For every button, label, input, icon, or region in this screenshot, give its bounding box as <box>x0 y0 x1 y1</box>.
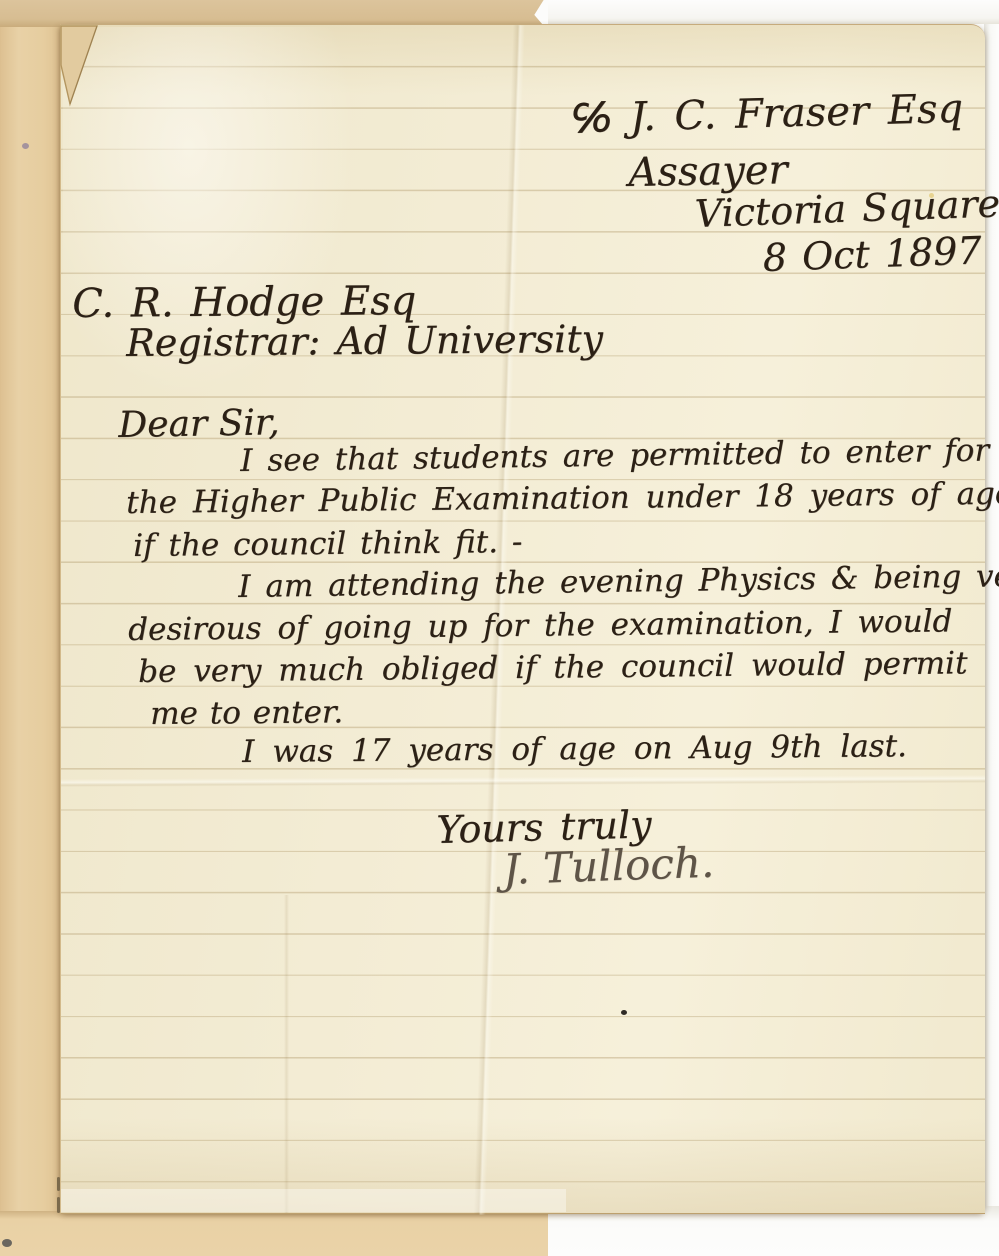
edge-ink-mark <box>57 1177 60 1191</box>
ink-spot <box>621 1010 627 1015</box>
paper-speck <box>929 193 934 198</box>
body-line: me to enter. <box>150 694 343 732</box>
body-line: I was 17 years of age on Aug 9th last. <box>242 728 907 770</box>
edge-ink-mark <box>57 1197 60 1213</box>
recipient-title-line: Registrar: Ad University <box>126 317 603 365</box>
vertical-fold-crease-lower <box>284 895 289 1213</box>
backing-paper-top-edge <box>0 0 548 27</box>
torn-corner-shape <box>61 26 97 104</box>
scanner-background-top-right <box>548 0 999 24</box>
bottom-light-band <box>61 1189 566 1212</box>
paper-speck <box>22 143 29 149</box>
salutation: Dear Sir, <box>118 402 280 446</box>
paper-speck <box>2 1239 12 1247</box>
backing-paper-bottom-edge <box>0 1211 548 1256</box>
torn-corner <box>60 25 102 107</box>
body-line: if the council think fit. - <box>133 524 522 564</box>
signature: J. Tulloch. <box>502 838 715 894</box>
backing-paper-left-edge <box>0 0 62 1256</box>
heading-date-line: 8 Oct 1897 <box>762 228 982 280</box>
scanned-letter-page: ℅ J. C. Fraser Esq Assayer Victoria Squa… <box>0 0 999 1256</box>
